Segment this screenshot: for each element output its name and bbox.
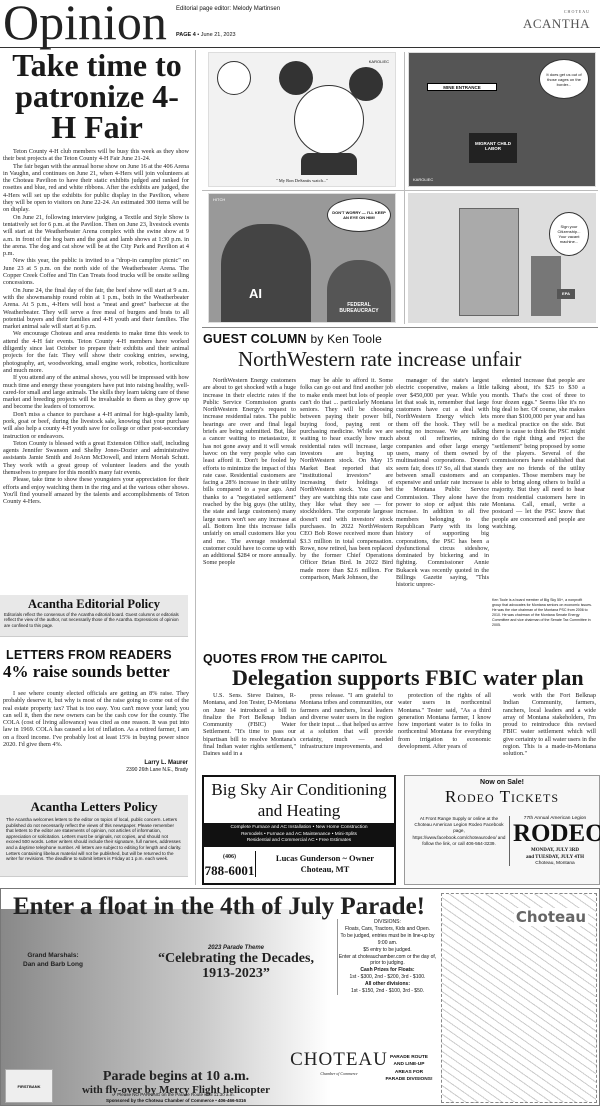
policy-title: Acantha Letters Policy — [6, 799, 182, 815]
speech-bubble: Sign your Citizenship... Your vacant mac… — [549, 212, 589, 256]
guest-column-label: GUEST COLUMN by Ken Toole — [203, 332, 382, 346]
man-figure — [531, 256, 561, 316]
section-title: Opinion — [3, 0, 167, 50]
editorial-body: Teton County 4-H club members will be bu… — [3, 148, 189, 506]
chamber-logo: CHOTEAUChamber of Commerce — [283, 1049, 395, 1103]
policy-title: Acantha Editorial Policy — [4, 597, 184, 612]
author-bio: Ken Toole is a board member of Big Sky 5… — [492, 598, 592, 628]
area-code: (406) — [204, 851, 255, 864]
capitol-col-1: U.S. Sens. Steve Daines, R-Montana, and … — [203, 692, 296, 758]
sponsor-note: Sponsored by the Choteau Chamber of Comm… — [61, 1098, 291, 1104]
float-prizes-title: Cash Prizes for Floats: — [360, 967, 414, 973]
cartoon-signature: HITCH — [213, 197, 225, 202]
owner-block: Lucas Gunderson ~ OwnerChoteau, MT — [256, 853, 394, 875]
paragraph: work with the Fort Belknap Indian Commun… — [503, 692, 596, 758]
rodeo-date: MONDAY, JULY 3RD — [513, 847, 597, 854]
route-note: PARADE ROUTE AND LINE-UP AREAS FOR PARAD… — [385, 1054, 433, 1084]
section-divider — [202, 327, 598, 328]
letter-body: I see where county elected officials are… — [3, 690, 189, 748]
capitol-col-4: work with the Fort Belknap Indian Commun… — [503, 692, 596, 758]
capitol-col-3: protection of the rights of all water us… — [398, 692, 491, 750]
mine-sign: MINE ENTRANCE — [427, 83, 497, 91]
enter-note: Enter at choteauchamber.com or the day o… — [338, 954, 437, 968]
parade-divisions: DIVISIONS: Floats, Cars, Tractors, Kids … — [337, 919, 437, 995]
editorial-policy-box: Acantha Editorial Policy Editorials refl… — [0, 595, 188, 637]
rodeo-banner: Now on Sale! — [405, 779, 599, 786]
rodeo-event: 77th Annual American Legion RODEO MONDAY… — [509, 816, 597, 866]
service-line: Complete Furnace and AC Installation • N… — [204, 825, 394, 832]
rodeo-location: Choteau, Montana — [513, 861, 597, 866]
capitol-headline: Delegation supports FBIC water plan — [232, 665, 584, 691]
judging-note: To be judged, entries must be in line-up… — [338, 933, 437, 947]
letter-signature: Larry L. Maurer 2390 26th Lane N.E., Bra… — [90, 760, 188, 774]
mickey-face-icon — [294, 85, 364, 155]
paragraph: Please, take time to show these youngste… — [3, 476, 189, 505]
paragraph: New this year, the public is invited to … — [3, 257, 189, 286]
policy-text: Editorials reflect the consensus of the … — [4, 612, 184, 628]
logo-name: ACANTHA — [523, 16, 590, 31]
grand-marshals: Grand Marshals:Dan and Barb Long — [23, 951, 83, 969]
ad-big-sky-ac: Big Sky Air Conditioningand Heating Comp… — [202, 775, 396, 885]
label-text: GUEST COLUMN — [203, 332, 307, 346]
paragraph: If you attend any of the animal shows, y… — [3, 374, 189, 410]
letters-policy-box: Acantha Letters Policy The Acantha welco… — [0, 795, 188, 877]
owner-name: Lucas Gunderson ~ Owner — [276, 853, 374, 863]
ai-label: AI — [249, 286, 262, 301]
paragraph: NorthWestern Energy customers are about … — [203, 377, 296, 567]
ad-title-line: and Heating — [258, 801, 341, 820]
ad-title: Big Sky Air Conditioningand Heating — [204, 777, 394, 821]
mine-cart: MIGRANT CHILD LABOR — [469, 133, 517, 163]
editorial-headline: Take time to patronize 4-H Fair — [4, 50, 190, 143]
paragraph: U.S. Sens. Steve Daines, R-Montana, and … — [203, 692, 296, 758]
float-prizes: 1st - $300, 2nd - $200, 3rd - $100. — [338, 974, 437, 981]
guest-column-headline: NorthWestern rate increase unfair — [238, 347, 521, 372]
ad-parade: Enter a float in the 4th of July Parade!… — [0, 888, 600, 1106]
parade-theme: 2023 Parade Theme “Celebrating the Decad… — [146, 945, 326, 981]
cartoon-caption: " My Ron DeSantis watch..." — [209, 178, 395, 183]
map-label: Choteau — [514, 908, 588, 926]
chamber-sub: Chamber of Commerce — [283, 1071, 395, 1076]
letter-author: Larry L. Maurer — [144, 760, 188, 766]
divisions-title: DIVISIONS: — [338, 919, 437, 926]
parade-route-map: Choteau — [441, 893, 597, 1103]
start-time: Parade begins at 10 a.m. — [56, 1069, 296, 1084]
masthead: Opinion Editorial page editor: Melody Ma… — [0, 0, 600, 48]
speech-bubble: DON'T WORRY — I'LL KEEP AN EYE ON HIM! — [327, 198, 391, 232]
clock-icon — [217, 61, 251, 95]
mickey-ear-icon — [279, 61, 313, 95]
editor-credit: Editorial page editor: Melody Martinsen — [176, 6, 280, 12]
speech-bubble: It does get us out of those cages on the… — [539, 59, 589, 99]
cartoon-signature: KAROLIEC — [413, 177, 433, 182]
paragraph: press release. "I am grateful to Montana… — [300, 692, 393, 750]
door-icon — [459, 208, 519, 316]
ad-contact: (406)788-6001 Lucas Gunderson ~ OwnerCho… — [204, 847, 394, 881]
letter-address: 2390 26th Lane N.E., Brady — [126, 767, 188, 773]
owner-location: Choteau, MT — [301, 864, 350, 874]
gm-names: Dan and Barb Long — [23, 961, 83, 968]
column-divider — [404, 52, 405, 324]
paragraph: Don't miss a chance to purchase a 4-H an… — [3, 411, 189, 440]
cartoon-ai: HITCH DON'T WORRY — I'LL KEEP AN EYE ON … — [208, 193, 396, 323]
ad-title-line: Big Sky Air Conditioning — [211, 780, 386, 799]
letter-headline: 4% raise sounds better — [3, 662, 170, 682]
paragraph: protection of the rights of all water us… — [398, 692, 491, 750]
paragraph: may be able to afford it. Some folks can… — [300, 377, 393, 581]
chamber-name: CHOTEAU — [290, 1049, 388, 1070]
page-number: PAGE 4 — [176, 32, 196, 38]
paragraph: I see where county elected officials are… — [3, 690, 189, 748]
paragraph: We encourage Choteau and area residents … — [3, 330, 189, 374]
cartoon-mickey: KAROLIEC " My Ron DeSantis watch..." — [208, 52, 396, 187]
epa-briefcase: EPA — [557, 289, 575, 299]
cartoon-mine: MINE ENTRANCE It does get us out of thos… — [408, 52, 596, 187]
byline: by Ken Toole — [310, 332, 382, 346]
letters-section-label: LETTERS FROM READERS — [6, 648, 172, 662]
policy-text: The Acantha welcomes letters to the edit… — [6, 817, 182, 862]
paragraph: Teton County 4-H club members will be bu… — [3, 148, 189, 163]
acantha-logo: CHOTEAUACANTHA — [523, 16, 590, 32]
other-prizes-title: All other divisions: — [365, 981, 410, 987]
ad-rodeo-tickets: Now on Sale! Rodeo Tickets At Front Rang… — [404, 775, 600, 885]
bank-logo: FIRSTBANK — [5, 1069, 53, 1103]
cartoon-epa: Sign your Citizenship... Your vacant mac… — [408, 193, 596, 323]
mickey-body-icon — [301, 153, 357, 175]
guest-column-col-1: NorthWestern Energy customers are about … — [203, 377, 296, 567]
paragraph: The fair began with the annual horse sho… — [3, 163, 189, 214]
phone-block: (406)788-6001 — [204, 851, 256, 877]
paragraph: Teton County is blessed with a great Ext… — [3, 440, 189, 476]
divisions-list: Floats, Cars, Tractors, Kids and Open. — [338, 926, 437, 933]
parade-headline: Enter a float in the 4th of July Parade! — [13, 893, 425, 921]
issue-date: June 21, 2023 — [201, 32, 236, 38]
paragraph: On June 21, following interview judging,… — [3, 214, 189, 258]
theme-text: “Celebrating the Decades, 1913-2023” — [146, 951, 326, 981]
guest-column-col-2: may be able to afford it. Some folks can… — [300, 377, 393, 581]
cartoon-signature: KAROLIEC — [369, 59, 389, 64]
capitol-col-2: press release. "I am grateful to Montana… — [300, 692, 393, 750]
guest-column-col-4: edented increase that people are talking… — [492, 377, 585, 597]
paragraph: edented increase that people are talking… — [492, 377, 585, 530]
page-info: PAGE 4 • June 21, 2023 — [176, 32, 236, 38]
cartoon-divider — [202, 190, 598, 191]
paragraph: On June 24, the final day of the fair, t… — [3, 287, 189, 331]
ad-services: Complete Furnace and AC Installation • N… — [204, 823, 394, 847]
gm-label: Grand Marshals: — [27, 952, 78, 959]
rodeo-ticket-info: At Front Range Supply or online at the C… — [411, 816, 507, 847]
monster-figure — [221, 224, 311, 323]
service-line: Residential and Commercial AC • Free Est… — [204, 838, 394, 845]
paragraph: manager of the state's largest electric … — [396, 377, 489, 589]
guest-column-col-3: manager of the state's largest electric … — [396, 377, 489, 589]
logo-town: CHOTEAU — [564, 9, 590, 14]
parade-notes: Please NO PARKING on the Parade Route un… — [61, 1092, 291, 1103]
other-prizes: 1st - $150, 2nd - $100, 3rd - $50. — [338, 988, 437, 995]
capitol-section-label: QUOTES FROM THE CAPITOL — [203, 652, 387, 666]
phone-number: 788-6001 — [204, 864, 255, 877]
bureaucracy-label: FEDERAL BUREAUCRACY — [329, 302, 389, 314]
rodeo-title: Rodeo Tickets — [405, 787, 599, 807]
entry-fee: $5 entry to be judged. — [338, 947, 437, 954]
rodeo-date: and TUESDAY, JULY 4TH — [513, 854, 597, 861]
column-divider — [195, 50, 196, 885]
rodeo-word: RODEO — [513, 821, 597, 847]
